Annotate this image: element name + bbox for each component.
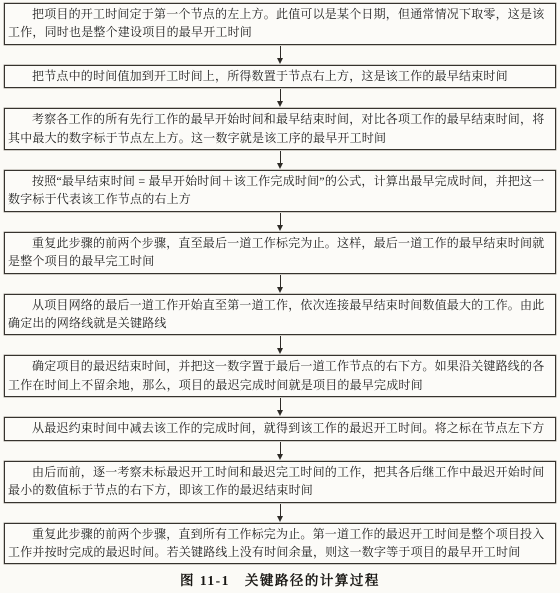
flow-step-7: 确定项目的最迟结束时间，并把这一数字置于最后一道工作节点的右下方。如果沿关键路线… <box>4 355 556 397</box>
arrow-down-icon <box>4 503 556 523</box>
flow-step-3: 考察各工作的所有先行工作的最早开始时间和最早结束时间，对比各项工作的最早结束时间… <box>4 108 556 150</box>
arrow-down-icon <box>4 274 556 294</box>
arrow-down-icon <box>4 397 556 417</box>
flow-step-5: 重复此步骤的前两个步骤，直至最后一道工作标完为止。这样，最后一道工作的最早结束时… <box>4 232 556 274</box>
arrow-down-icon <box>4 45 556 65</box>
flow-step-1: 把项目的开工时间定于第一个节点的左上方。此值可以是某个日期，但通常情况下取零，这… <box>4 3 556 45</box>
flow-step-2: 把节点中的时间值加到开工时间上，所得数置于节点右上方，这是该工作的最早结束时间 <box>4 65 556 88</box>
arrow-down-icon <box>4 441 556 461</box>
flow-step-10: 重复此步骤的前两个步骤，直到所有工作标完为止。第一道工作的最迟开工时间是整个项目… <box>4 523 556 565</box>
flow-step-6: 从项目网络的最后一道工作开始直至第一道工作，依次连接最早结束时间数值最大的工作。… <box>4 294 556 336</box>
flow-step-8: 从最迟约束时间中减去该工作的完成时间，就得到该工作的最迟开工时间。将之标在节点左… <box>4 417 556 440</box>
figure-caption: 图 11-1 关键路径的计算过程 <box>4 569 556 589</box>
flow-step-4: 按照“最早结束时间 = 最早开始时间＋该工作完成时间”的公式，计算出最早完成时间… <box>4 170 556 212</box>
arrow-down-icon <box>4 150 556 170</box>
flow-step-9: 由后而前，逐一考察未标最迟开工时间和最迟完工时间的工作，把其各后继工作中最迟开始… <box>4 461 556 503</box>
arrow-down-icon <box>4 212 556 232</box>
arrow-down-icon <box>4 88 556 108</box>
critical-path-flowchart: 把项目的开工时间定于第一个节点的左上方。此值可以是某个日期，但通常情况下取零，这… <box>0 0 560 593</box>
arrow-down-icon <box>4 335 556 355</box>
